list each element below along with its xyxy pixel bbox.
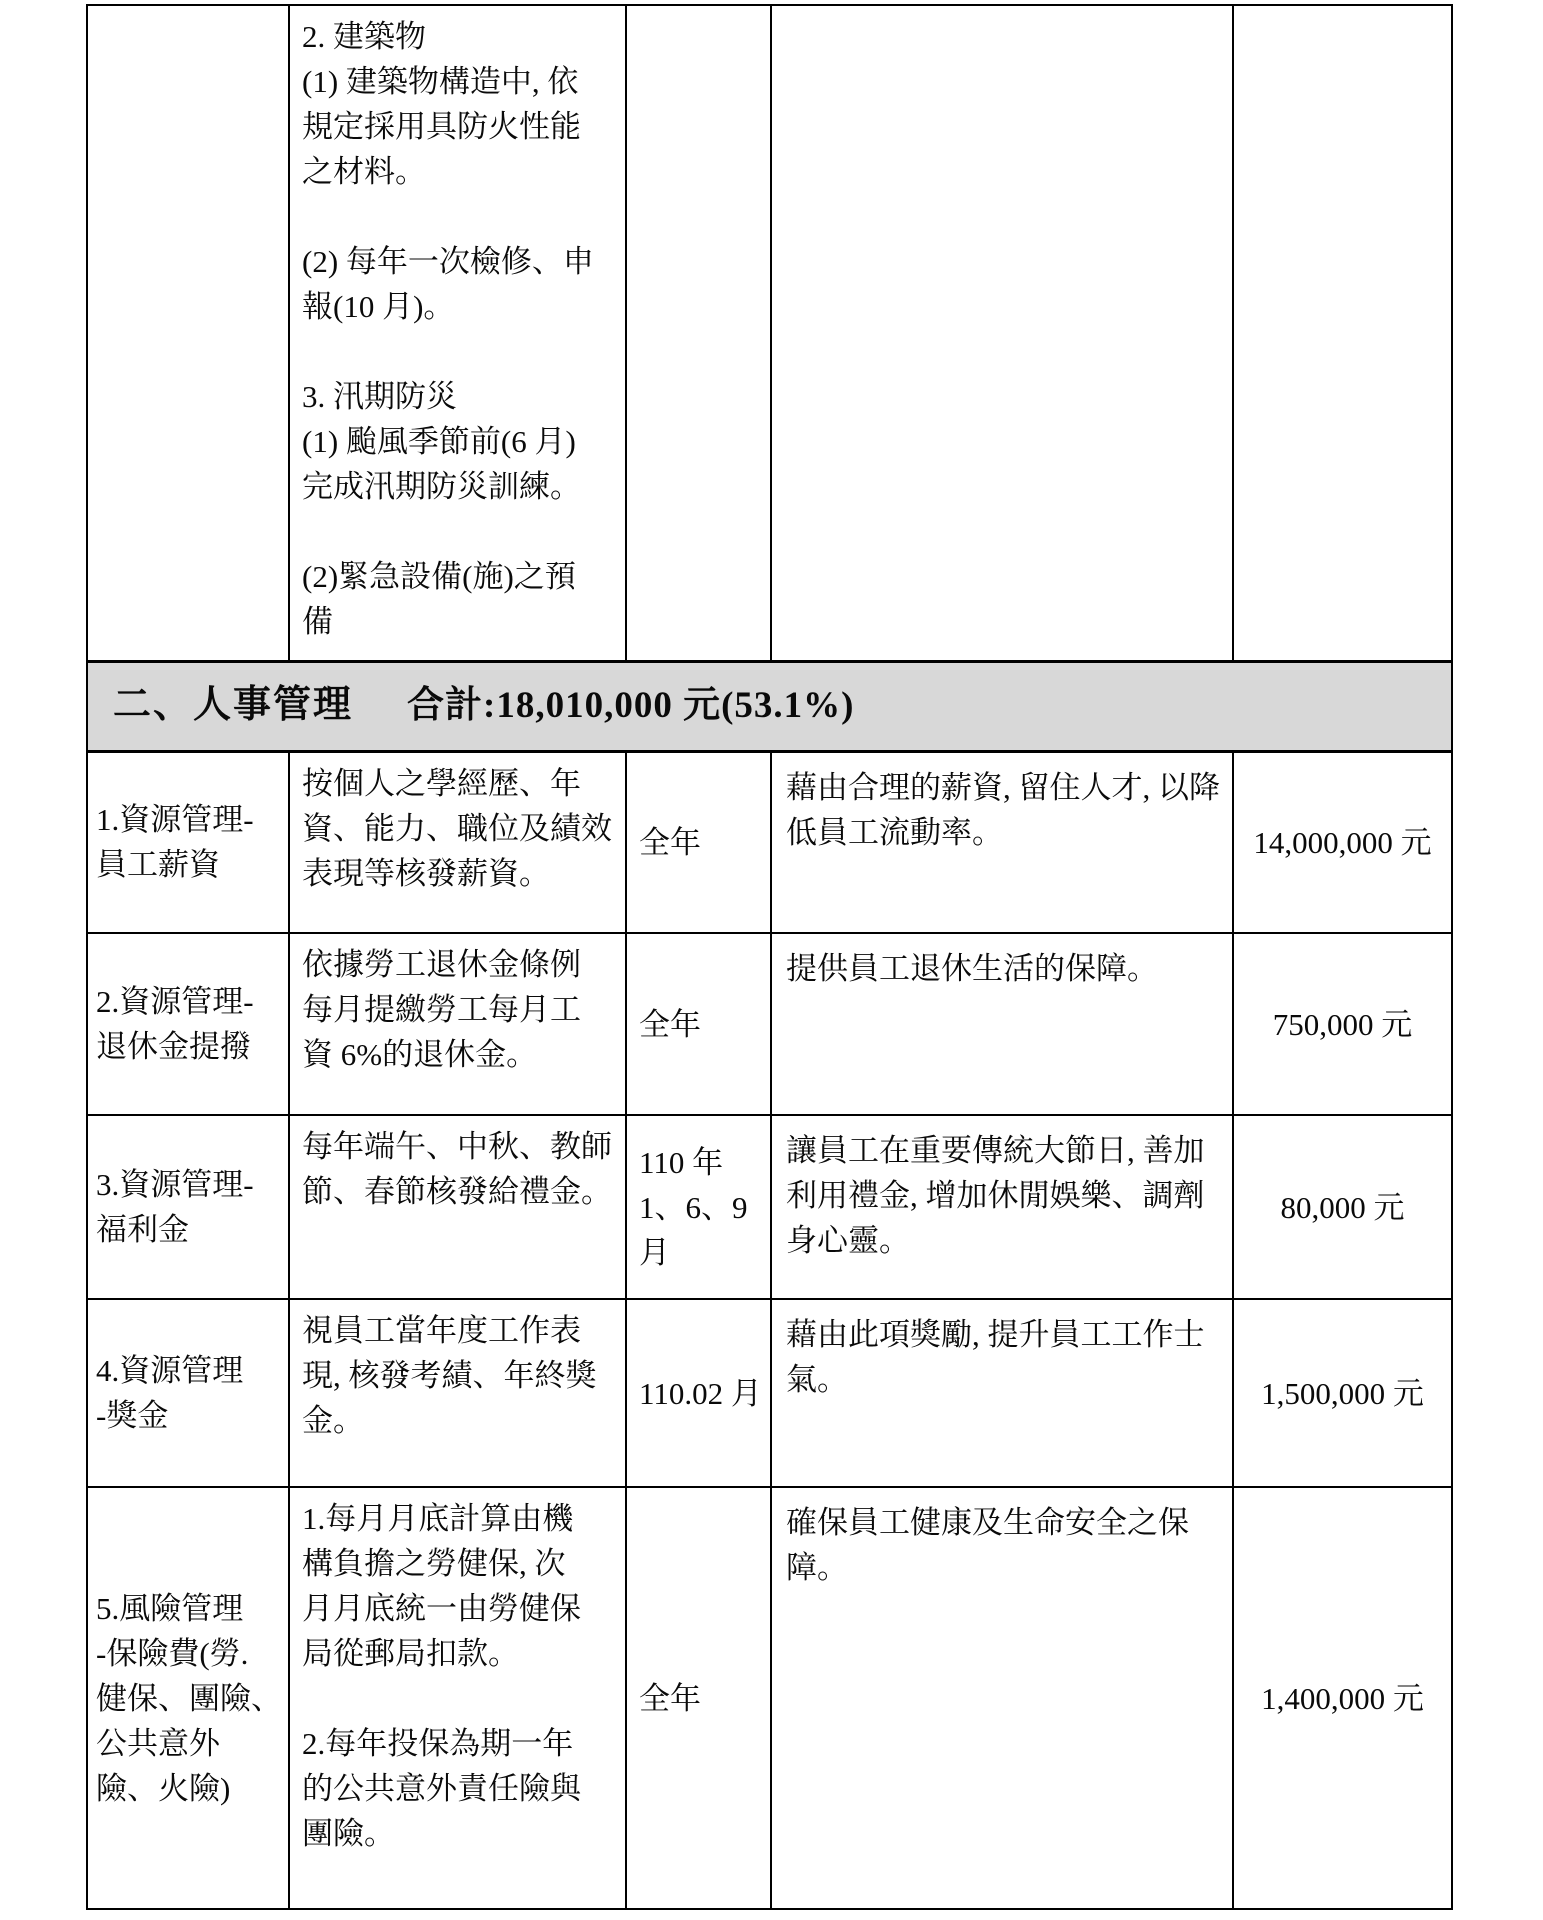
item-cell: 4.資源管理 -獎金 bbox=[87, 1299, 289, 1487]
amount-cell: 14,000,000 元 bbox=[1233, 751, 1452, 933]
period-cell bbox=[626, 5, 771, 661]
amount-cell bbox=[1233, 5, 1452, 661]
item-cell bbox=[87, 5, 289, 661]
document-page: 2. 建築物 (1) 建築物構造中, 依 規定採用具防火性能 之材料。 (2) … bbox=[86, 4, 1453, 1910]
table-row: 2.資源管理- 退休金提撥 依據勞工退休金條例 每月提繳勞工每月工 資 6%的退… bbox=[87, 933, 1452, 1115]
amount-cell: 1,500,000 元 bbox=[1233, 1299, 1452, 1487]
item-cell: 3.資源管理- 福利金 bbox=[87, 1115, 289, 1299]
purpose-cell: 讓員工在重要傳統大節日, 善加 利用禮金, 增加休閒娛樂、調劑 身心靈。 bbox=[771, 1115, 1233, 1299]
purpose-cell: 提供員工退休生活的保障。 bbox=[771, 933, 1233, 1115]
description-cell: 1.每月月底計算由機 構負擔之勞健保, 次 月月底統一由勞健保 局從郵局扣款。 … bbox=[289, 1487, 626, 1909]
item-cell: 5.風險管理 -保險費(勞. 健保、團險、 公共意外 險、火險) bbox=[87, 1487, 289, 1909]
section-title: 二、人事管理 bbox=[113, 684, 353, 726]
amount-cell: 80,000 元 bbox=[1233, 1115, 1452, 1299]
description-cell: 依據勞工退休金條例 每月提繳勞工每月工 資 6%的退休金。 bbox=[289, 933, 626, 1115]
purpose-cell: 藉由合理的薪資, 留住人才, 以降 低員工流動率。 bbox=[771, 751, 1233, 933]
description-cell: 視員工當年度工作表 現, 核發考績、年終獎 金。 bbox=[289, 1299, 626, 1487]
table-row: 1.資源管理- 員工薪資 按個人之學經歷、年 資、能力、職位及績效 表現等核發薪… bbox=[87, 751, 1452, 933]
item-cell: 2.資源管理- 退休金提撥 bbox=[87, 933, 289, 1115]
table-row: 4.資源管理 -獎金 視員工當年度工作表 現, 核發考績、年終獎 金。 110.… bbox=[87, 1299, 1452, 1487]
description-cell: 按個人之學經歷、年 資、能力、職位及績效 表現等核發薪資。 bbox=[289, 751, 626, 933]
period-cell: 全年 bbox=[626, 1487, 771, 1909]
description-cell: 每年端午、中秋、教師 節、春節核發給禮金。 bbox=[289, 1115, 626, 1299]
table-row: 3.資源管理- 福利金 每年端午、中秋、教師 節、春節核發給禮金。 110 年 … bbox=[87, 1115, 1452, 1299]
purpose-cell: 藉由此項獎勵, 提升員工工作士 氣。 bbox=[771, 1299, 1233, 1487]
table-row: 5.風險管理 -保險費(勞. 健保、團險、 公共意外 險、火險) 1.每月月底計… bbox=[87, 1487, 1452, 1909]
section-header-cell: 二、人事管理合計:18,010,000 元(53.1%) bbox=[87, 661, 1452, 751]
description-cell: 2. 建築物 (1) 建築物構造中, 依 規定採用具防火性能 之材料。 (2) … bbox=[289, 5, 626, 661]
amount-cell: 1,400,000 元 bbox=[1233, 1487, 1452, 1909]
section-header-row: 二、人事管理合計:18,010,000 元(53.1%) bbox=[87, 661, 1452, 751]
section-total: 合計:18,010,000 元(53.1%) bbox=[407, 685, 854, 726]
table-row-continuation: 2. 建築物 (1) 建築物構造中, 依 規定採用具防火性能 之材料。 (2) … bbox=[87, 5, 1452, 661]
purpose-cell bbox=[771, 5, 1233, 661]
purpose-cell: 確保員工健康及生命安全之保 障。 bbox=[771, 1487, 1233, 1909]
period-cell: 全年 bbox=[626, 751, 771, 933]
item-cell: 1.資源管理- 員工薪資 bbox=[87, 751, 289, 933]
budget-table: 2. 建築物 (1) 建築物構造中, 依 規定採用具防火性能 之材料。 (2) … bbox=[86, 4, 1453, 1910]
period-cell: 110 年 1、6、9 月 bbox=[626, 1115, 771, 1299]
amount-cell: 750,000 元 bbox=[1233, 933, 1452, 1115]
period-cell: 110.02 月 bbox=[626, 1299, 771, 1487]
period-cell: 全年 bbox=[626, 933, 771, 1115]
